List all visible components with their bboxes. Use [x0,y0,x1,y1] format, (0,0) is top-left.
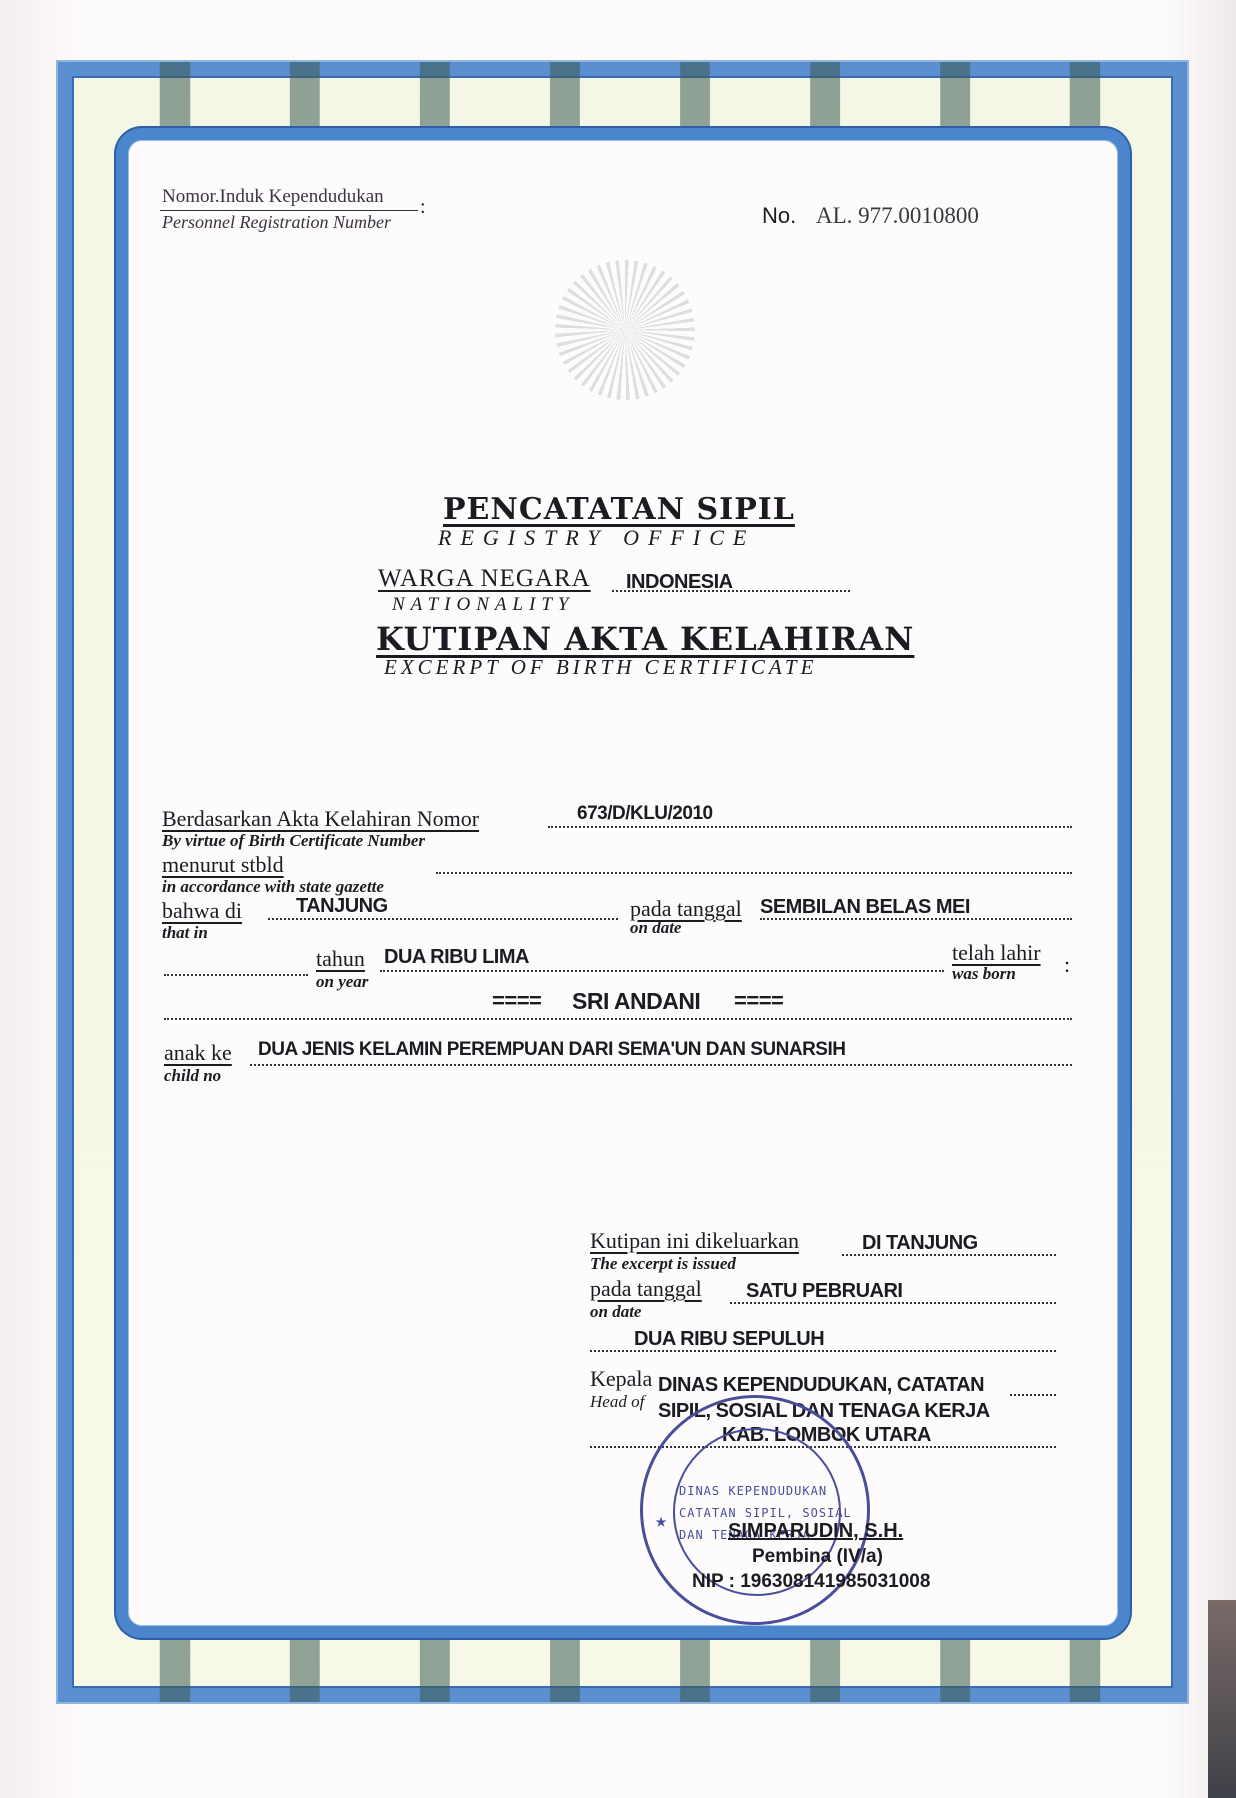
place-label-en: that in [162,923,208,943]
nik-divider [160,210,418,211]
issued-place-dotted-line [842,1254,1056,1256]
nik-colon: : [420,196,426,219]
desk-edge [1208,1600,1236,1798]
office-title: PENCATATAN SIPIL [443,492,795,527]
issued-date-value: SATU PEBRUARI [746,1280,902,1303]
birth-year-value: DUA RIBU LIMA [384,946,529,969]
issued-date-label: pada tanggal [590,1276,702,1302]
office-title-en: REGISTRY OFFICE [438,525,755,551]
certificate-number-label: Berdasarkan Akta Kelahiran Nomor [162,806,479,832]
birth-date-dotted-line [760,918,1072,920]
born-label-en: was born [952,964,1016,984]
name-decor-left: ==== [492,988,541,1014]
signatory-nip: NIP : 196308141985031008 [692,1571,930,1593]
certificate-number-dotted-line [548,826,1072,828]
born-colon: : [1064,952,1070,978]
certificate-number-value: 673/D/KLU/2010 [577,803,713,825]
issued-date-label-en: on date [590,1302,641,1322]
document-title: KUTIPAN AKTA KELAHIRAN [376,620,914,658]
issued-date-dotted-line [730,1302,1056,1304]
head-label-en: Head of [590,1392,644,1412]
birth-year-label-en: on year [316,972,368,992]
serial-number: AL. 977.0010800 [816,203,979,229]
issued-label: Kutipan ini dikeluarkan [590,1228,799,1254]
child-order-dotted-line [250,1064,1072,1066]
head-office-line-1: DINAS KEPENDUDUKAN, CATATAN [658,1374,984,1397]
place-value: TANJUNG [296,895,388,918]
nik-label: Nomor.Induk Kependudukan [162,186,384,208]
birth-year-dotted-line [380,970,944,972]
place-label: bahwa di [162,898,242,924]
birth-year-label: tahun [316,946,365,972]
certificate-number-label-en: By virtue of Birth Certificate Number [162,831,425,851]
child-order-label-en: child no [164,1066,221,1086]
child-name-dotted-line [164,1018,1072,1020]
child-order-value: DUA JENIS KELAMIN PEREMPUAN DARI SEMA'UN… [258,1039,845,1061]
stbld-dotted-line [436,872,1072,874]
stbld-label-en: in accordance with state gazette [162,877,384,897]
birth-date-value: SEMBILAN BELAS MEI [760,896,970,919]
head-label: Kepala [590,1366,652,1392]
name-decor-right: ==== [734,988,783,1014]
stbld-label: menurut stbld [162,852,284,878]
child-order-label: anak ke [164,1040,232,1066]
nationality-dotted-line [612,590,850,592]
issued-year-value: DUA RIBU SEPULUH [634,1328,824,1351]
garuda-watermark-icon [555,260,695,400]
birth-date-label-en: on date [630,918,681,938]
document-title-en: EXCERPT OF BIRTH CERTIFICATE [384,655,817,680]
signatory-rank: Pembina (IV/a) [752,1546,883,1568]
nationality-label: WARGA NEGARA [378,565,591,593]
serial-prefix: No. [762,203,796,229]
issued-year-dotted-line [590,1350,1056,1352]
signatory-name: SIMPARUDIN, S.H. [728,1520,903,1543]
place-dotted-line [268,918,618,920]
born-label: telah lahir [952,940,1041,966]
stamp-star-icon: ★ [655,1508,668,1532]
nationality-label-en: NATIONALITY [392,594,575,616]
issued-label-en: The excerpt is issued [590,1254,736,1274]
stamp-line-1: DINAS KEPENDUDUKAN [679,1484,827,1498]
year-lead-dotted-line [164,974,308,976]
stamp-line-2: CATATAN SIPIL, SOSIAL [679,1506,852,1520]
head-dotted-line-1 [1010,1394,1056,1396]
child-name-value: SRI ANDANI [572,988,700,1015]
nik-label-en: Personnel Registration Number [162,212,391,233]
issued-place-value: DI TANJUNG [862,1232,978,1255]
